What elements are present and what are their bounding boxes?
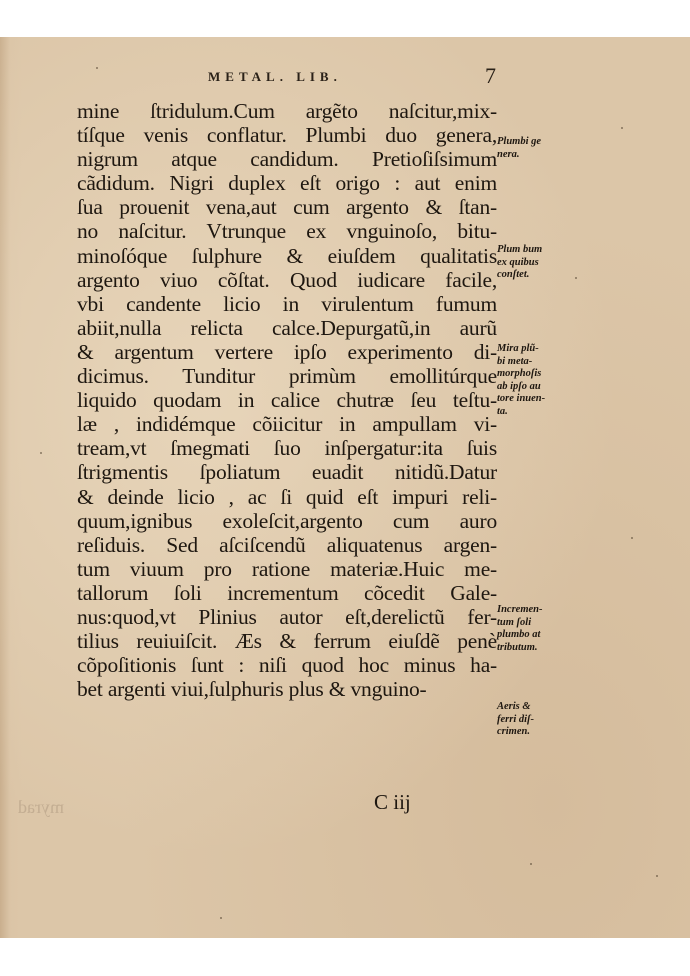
paper-speck [656, 875, 658, 877]
paper-speck [631, 537, 633, 539]
margin-note-mira-plumbi: Mira plũ- bi meta- morphoſis ab ipſo au … [497, 343, 577, 418]
text-line: abiit,nulla relicta calce.Depurgatũ,in a… [77, 316, 497, 340]
text-line: tallorum ſoli incrementum cõcedit Gale- [77, 581, 497, 605]
text-line: quum,ignibus exoleſcit,argento cum auro [77, 509, 497, 533]
margin-note-aeris-ferri: Aeris & ferri diſ- crimen. [497, 701, 577, 739]
paper-speck [621, 127, 623, 129]
paper-speck [40, 452, 42, 454]
text-line: tum viuum pro ratione materiæ.Huic me- [77, 557, 497, 581]
paper-speck [96, 67, 98, 69]
text-line: mine ſtridulum.Cum argẽto naſcitur,mix- [77, 99, 497, 123]
running-header: METAL. LIB. 7 [208, 69, 508, 89]
text-line: tilius reuiuiſcit. Æs & ferrum eiuſdẽ pe… [77, 629, 497, 653]
signature-mark: C iij [374, 790, 411, 815]
show-through-text: myrad [18, 797, 64, 818]
text-line: argento viuo cõſtat. Quod iudicare facil… [77, 268, 497, 292]
text-line: cãdidum. Nigri duplex eſt origo : aut en… [77, 171, 497, 195]
text-line: cõpoſitionis ſunt : niſi quod hoc minus … [77, 653, 497, 677]
text-line: & deinde licio , ac ſi quid eſt impuri r… [77, 485, 497, 509]
book-page: METAL. LIB. 7 mine ſtridulum.Cum argẽto … [0, 37, 690, 938]
text-line: læ , indidémque cõiicitur in ampullam vi… [77, 412, 497, 436]
text-line: minoſóque ſulphure & eiuſdem qualitatis [77, 244, 497, 268]
text-line: no naſcitur. Vtrunque ex vnguinoſo, bitu… [77, 219, 497, 243]
text-line: bet argenti viui,ſulphuris plus & vnguin… [77, 677, 497, 701]
text-line: tíſque venis conflatur. Plumbi duo gener… [77, 123, 497, 147]
paper-speck [575, 277, 577, 279]
text-line: liquido quodam in calice chutræ ſeu teſt… [77, 388, 497, 412]
margin-note-incrementum: Incremen- tum ſoli plumbo at tributum. [497, 604, 577, 654]
text-line: tream,vt ſmegmati ſuo inſpergatur:ita ſu… [77, 436, 497, 460]
text-line: dicimus. Tunditur primùm emollitúrque [77, 364, 497, 388]
text-line: vbi candente licio in virulentum fumum [77, 292, 497, 316]
main-text-block: mine ſtridulum.Cum argẽto naſcitur,mix- … [77, 99, 497, 701]
running-head-title: METAL. LIB. [208, 69, 342, 85]
text-line: nigrum atque candidum. Pretioſiſsimum [77, 147, 497, 171]
text-line: nus:quod,vt Plinius autor eſt,derelictũ … [77, 605, 497, 629]
text-line: ſtrigmentis ſpoliatum euadit nitidũ.Datu… [77, 460, 497, 484]
margin-note-plumbi-genera: Plumbi ge nera. [497, 136, 577, 161]
text-line: reſiduis. Sed aſciſcendũ aliquatenus arg… [77, 533, 497, 557]
text-line: ſua prouenit vena,aut cum argento & ſtan… [77, 195, 497, 219]
margin-note-plumbum-ex-quibus: Plum bum ex quibus conſtet. [497, 244, 577, 282]
paper-speck [220, 917, 222, 919]
page-number: 7 [485, 63, 496, 89]
paper-speck [530, 863, 532, 865]
text-line: & argentum vertere ipſo experimento di- [77, 340, 497, 364]
